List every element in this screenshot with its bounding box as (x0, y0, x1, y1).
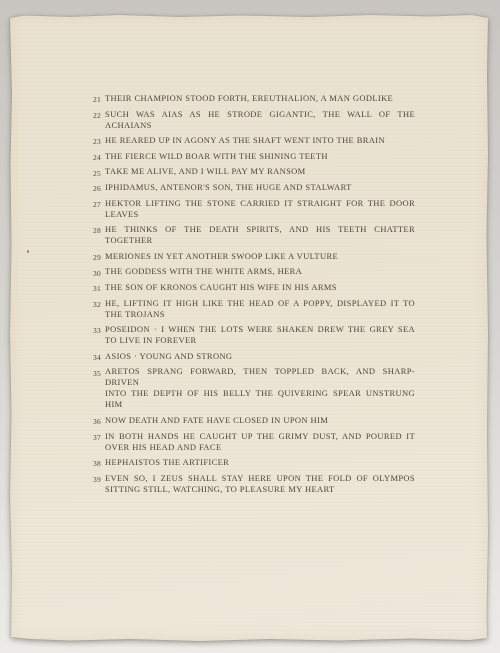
list-item: 35 ARETOS SPRANG FORWARD, THEN TOPPLED B… (93, 366, 415, 410)
item-number: 24 (93, 152, 101, 163)
item-first-line: SUCH WAS AIAS AS HE STRODE GIGANTIC, THE… (105, 109, 415, 120)
item-first-line: THEIR CHAMPION STOOD FORTH, EREUTHALION,… (105, 93, 415, 104)
item-first-line: HE THINKS OF THE DEATH SPIRITS, AND HIS … (105, 224, 415, 235)
item-number: 35 (93, 368, 101, 379)
list-item: 39 EVEN SO, I ZEUS SHALL STAY HERE UPON … (93, 473, 415, 495)
item-number: 27 (93, 199, 101, 210)
item-first-line: THE SON OF KRONOS CAUGHT HIS WIFE IN HIS… (105, 282, 415, 293)
item-continuation-line: LEAVES (105, 209, 415, 220)
list-item: 27 HEKTOR LIFTING THE STONE CARRIED IT S… (93, 198, 415, 220)
item-number: 33 (93, 325, 101, 336)
item-number: 26 (93, 183, 101, 194)
item-continuation-line: TO LIVE IN FOREVER (105, 335, 415, 346)
list-item: 25 TAKE ME ALIVE, AND I WILL PAY MY RANS… (93, 166, 415, 177)
list-item: 34 ASIOS · YOUNG AND STRONG (93, 351, 415, 362)
paper-sheet: 21 THEIR CHAMPION STOOD FORTH, EREUTHALI… (10, 14, 488, 641)
item-continuation-line: TOGETHER (105, 235, 415, 246)
list-item: 22 SUCH WAS AIAS AS HE STRODE GIGANTIC, … (93, 109, 415, 131)
item-number: 34 (93, 352, 101, 363)
item-first-line: NOW DEATH AND FATE HAVE CLOSED IN UPON H… (105, 415, 415, 426)
item-first-line: THE GODDESS WITH THE WHITE ARMS, HERA (105, 266, 415, 277)
item-first-line: POSEIDON · I WHEN THE LOTS WERE SHAKEN D… (105, 324, 415, 335)
item-number: 38 (93, 458, 101, 469)
item-continuation-line: HIM (105, 399, 415, 410)
list-item: 31 THE SON OF KRONOS CAUGHT HIS WIFE IN … (93, 282, 415, 293)
item-continuation-line: THE TROJANS (105, 309, 415, 320)
list-item: 26 IPHIDAMUS, ANTENOR'S SON, THE HUGE AN… (93, 182, 415, 193)
item-first-line: ARETOS SPRANG FORWARD, THEN TOPPLED BACK… (105, 366, 415, 388)
list-item: 28 HE THINKS OF THE DEATH SPIRITS, AND H… (93, 224, 415, 246)
item-number: 29 (93, 252, 101, 263)
item-first-line: MERIONES IN YET ANOTHER SWOOP LIKE A VUL… (105, 251, 415, 262)
item-number: 31 (93, 283, 101, 294)
item-continuation-line: INTO THE DEPTH OF HIS BELLY THE QUIVERIN… (105, 388, 415, 399)
item-first-line: HE REARED UP IN AGONY AS THE SHAFT WENT … (105, 135, 415, 146)
item-first-line: HEKTOR LIFTING THE STONE CARRIED IT STRA… (105, 198, 415, 209)
list-item: 36 NOW DEATH AND FATE HAVE CLOSED IN UPO… (93, 415, 415, 426)
item-number: 23 (93, 136, 101, 147)
item-number: 39 (93, 474, 101, 485)
item-number: 30 (93, 268, 101, 279)
plate-title-list: 21 THEIR CHAMPION STOOD FORTH, EREUTHALI… (93, 93, 415, 495)
list-item: 29 MERIONES IN YET ANOTHER SWOOP LIKE A … (93, 251, 415, 262)
item-number: 22 (93, 110, 101, 121)
item-continuation-line: OVER HIS HEAD AND FACE (105, 442, 415, 453)
item-continuation-line: ACHAIANS (105, 120, 415, 131)
item-continuation-line: SITTING STILL, WATCHING, TO PLEASURE MY … (105, 484, 415, 495)
paper-speck (27, 250, 29, 253)
item-number: 21 (93, 94, 101, 105)
list-item: 38 HEPHAISTOS THE ARTIFICER (93, 457, 415, 468)
list-item: 21 THEIR CHAMPION STOOD FORTH, EREUTHALI… (93, 93, 415, 104)
item-first-line: HEPHAISTOS THE ARTIFICER (105, 457, 415, 468)
list-item: 32 HE, LIFTING IT HIGH LIKE THE HEAD OF … (93, 298, 415, 320)
list-item: 30 THE GODDESS WITH THE WHITE ARMS, HERA (93, 266, 415, 277)
item-first-line: ASIOS · YOUNG AND STRONG (105, 351, 415, 362)
list-item: 23 HE REARED UP IN AGONY AS THE SHAFT WE… (93, 135, 415, 146)
item-first-line: IPHIDAMUS, ANTENOR'S SON, THE HUGE AND S… (105, 182, 415, 193)
photo-background: 21 THEIR CHAMPION STOOD FORTH, EREUTHALI… (0, 0, 500, 653)
item-number: 32 (93, 299, 101, 310)
item-first-line: HE, LIFTING IT HIGH LIKE THE HEAD OF A P… (105, 298, 415, 309)
item-number: 28 (93, 225, 101, 236)
item-number: 36 (93, 416, 101, 427)
item-first-line: IN BOTH HANDS HE CAUGHT UP THE GRIMY DUS… (105, 431, 415, 442)
item-first-line: THE FIERCE WILD BOAR WITH THE SHINING TE… (105, 151, 415, 162)
item-number: 37 (93, 432, 101, 443)
item-number: 25 (93, 168, 101, 179)
item-first-line: TAKE ME ALIVE, AND I WILL PAY MY RANSOM (105, 166, 415, 177)
list-item: 24 THE FIERCE WILD BOAR WITH THE SHINING… (93, 151, 415, 162)
list-item: 33 POSEIDON · I WHEN THE LOTS WERE SHAKE… (93, 324, 415, 346)
paper-shadow: 21 THEIR CHAMPION STOOD FORTH, EREUTHALI… (10, 14, 488, 641)
list-item: 37 IN BOTH HANDS HE CAUGHT UP THE GRIMY … (93, 431, 415, 453)
item-first-line: EVEN SO, I ZEUS SHALL STAY HERE UPON THE… (105, 473, 415, 484)
